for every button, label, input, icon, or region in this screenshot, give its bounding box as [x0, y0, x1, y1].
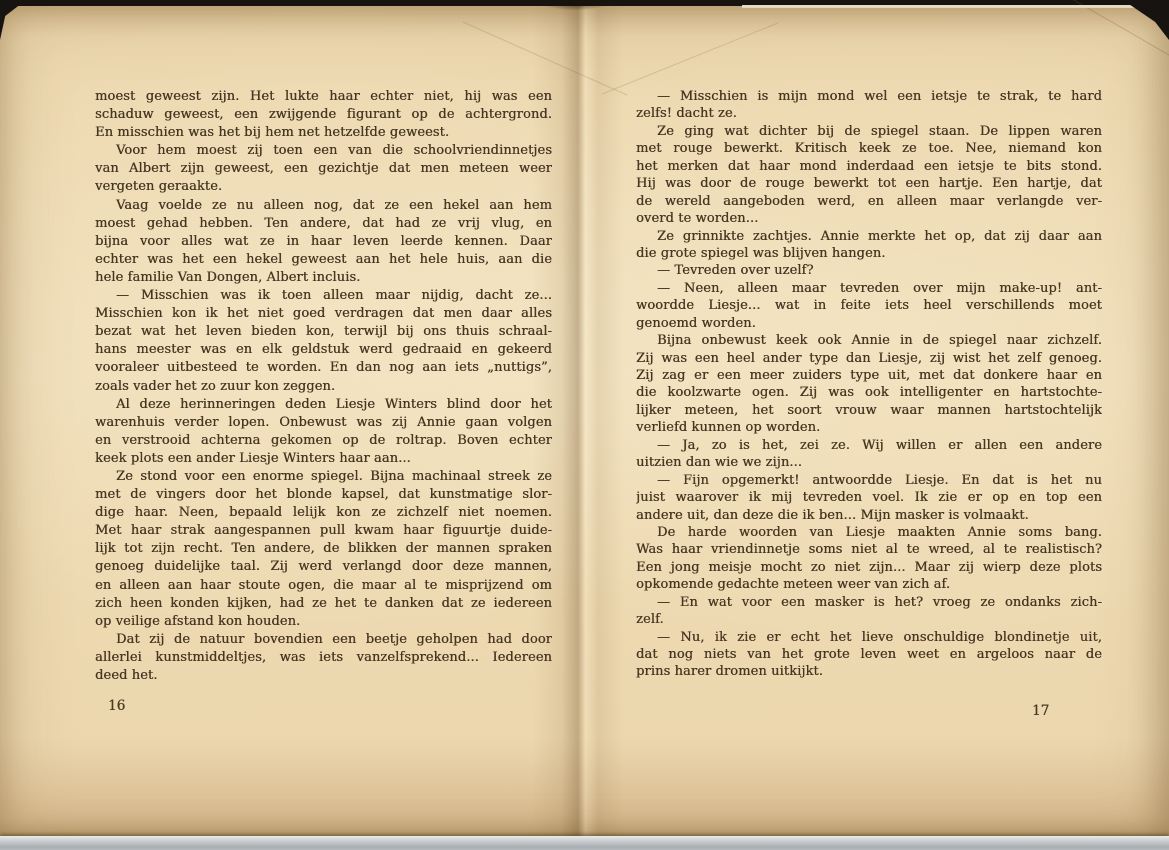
- text-line: met de vingers door het blonde kapsel, d…: [95, 486, 552, 504]
- right-page-number: 17: [1032, 703, 1049, 719]
- left-page-text: moest geweest zijn. Het lukte haar echte…: [95, 88, 552, 685]
- text-line: genoemd worden.: [636, 315, 1102, 332]
- scanner-bottom-strip: [0, 836, 1169, 850]
- text-line: Dat zij de natuur bovendien een beetje g…: [95, 631, 552, 649]
- page-top-edge-highlight: [742, 5, 1163, 8]
- right-page: — Misschien is mijn mond wel een ietsje …: [584, 6, 1169, 836]
- text-line: Met haar strak aangespannen pull kwam ha…: [95, 522, 552, 540]
- text-line: echter was het een hekel geweest aan het…: [95, 251, 552, 269]
- spine-top-shadow: [540, 0, 610, 10]
- text-line: — Misschien was ik toen alleen maar nijd…: [95, 287, 552, 305]
- text-line: bijna voor alles wat ze in haar leven le…: [95, 233, 552, 251]
- text-line: warenhuis verder lopen. Onbewust was zij…: [95, 414, 552, 432]
- text-line: — Nu, ik zie er echt het lieve onschuldi…: [636, 629, 1102, 646]
- text-line: Zij zag er een meer zuiders type uit, me…: [636, 367, 1102, 384]
- text-line: hans meester was en elk geldstuk werd ge…: [95, 341, 552, 359]
- text-line: de wereld aangeboden werd, en alleen maa…: [636, 193, 1102, 210]
- text-line: Zij was een heel ander type dan Liesje, …: [636, 350, 1102, 367]
- left-page-number: 16: [108, 698, 125, 714]
- text-line: Ze ging wat dichter bij de spiegel staan…: [636, 123, 1102, 140]
- text-line: — Fijn opgemerkt! antwoordde Liesje. En …: [636, 472, 1102, 489]
- text-line: het merken dat haar mond inderdaad een i…: [636, 158, 1102, 175]
- text-line: zoals vader het zo zuur kon zeggen.: [95, 378, 552, 396]
- text-line: — Tevreden over uzelf?: [636, 262, 1102, 279]
- text-line: Ze grinnikte zachtjes. Annie merkte het …: [636, 228, 1102, 245]
- text-line: schaduw geweest, een zwijgende figurant …: [95, 106, 552, 124]
- text-line: De harde woorden van Liesje maakten Anni…: [636, 524, 1102, 541]
- text-line: deed het.: [95, 667, 552, 685]
- right-page-text: — Misschien is mijn mond wel een ietsje …: [636, 88, 1102, 681]
- text-line: moest gehad hebben. Ten andere, dat had …: [95, 215, 552, 233]
- text-line: Een jong meisje mocht zo niet zijn... Ma…: [636, 559, 1102, 576]
- text-line: Ze stond voor een enorme spiegel. Bijna …: [95, 468, 552, 486]
- text-line: Al deze herinneringen deden Liesje Winte…: [95, 396, 552, 414]
- text-line: die koolzwarte ogen. Zij was ook intelli…: [636, 384, 1102, 401]
- text-line: op veilige afstand kon houden.: [95, 613, 552, 631]
- text-line: genoeg duidelijke taal. Zij werd verlang…: [95, 558, 552, 576]
- text-line: Voor hem moest zij toen een van die scho…: [95, 142, 552, 160]
- text-line: juist waarover ik mij tevreden voel. Ik …: [636, 489, 1102, 506]
- text-line: andere uit, dan deze die ik ben... Mijn …: [636, 507, 1102, 524]
- text-line: lijk tot zijn recht. Ten andere, de blik…: [95, 540, 552, 558]
- text-line: Hij was door de rouge bewerkt tot een ha…: [636, 175, 1102, 192]
- text-line: uitzien dan wie we zijn...: [636, 454, 1102, 471]
- text-line: vergeten geraakte.: [95, 178, 552, 196]
- text-line: — En wat voor een masker is het? vroeg z…: [636, 594, 1102, 611]
- text-line: en alleen aan haar stoute ogen, die maar…: [95, 577, 552, 595]
- text-line: En misschien was het bij hem net hetzelf…: [95, 124, 552, 142]
- left-page: moest geweest zijn. Het lukte haar echte…: [0, 6, 584, 836]
- text-line: Misschien kon ik het niet goed verdragen…: [95, 305, 552, 323]
- text-line: vooraleer uitbesteed te worden. En dan n…: [95, 359, 552, 377]
- text-line: keek plots een ander Liesje Winters haar…: [95, 450, 552, 468]
- text-line: hele familie Van Dongen, Albert incluis.: [95, 269, 552, 287]
- open-book-pages: moest geweest zijn. Het lukte haar echte…: [0, 6, 1169, 836]
- text-line: dige haar. Neen, bepaald lelijk kon ze z…: [95, 504, 552, 522]
- text-line: zelfs! dacht ze.: [636, 105, 1102, 122]
- text-line: overd te worden...: [636, 210, 1102, 227]
- text-line: opkomende gedachte meteen weer van zich …: [636, 576, 1102, 593]
- text-line: zelf.: [636, 611, 1102, 628]
- text-line: en verstrooid achterna gekomen op de rol…: [95, 432, 552, 450]
- text-line: prins harer dromen uitkijkt.: [636, 663, 1102, 680]
- text-line: — Misschien is mijn mond wel een ietsje …: [636, 88, 1102, 105]
- text-line: die grote spiegel was blijven hangen.: [636, 245, 1102, 262]
- book-scan: moest geweest zijn. Het lukte haar echte…: [0, 0, 1169, 850]
- text-line: moest geweest zijn. Het lukte haar echte…: [95, 88, 552, 106]
- text-line: Vaag voelde ze nu alleen nog, dat ze een…: [95, 197, 552, 215]
- text-line: — Neen, alleen maar tevreden over mijn m…: [636, 280, 1102, 297]
- text-line: dat nog niets van het grote leven weet e…: [636, 646, 1102, 663]
- text-line: woordde Liesje... wat in feite iets heel…: [636, 297, 1102, 314]
- text-line: met rouge bewerkt. Kritisch keek ze toe.…: [636, 140, 1102, 157]
- text-line: Was haar vriendinnetje soms niet al te w…: [636, 541, 1102, 558]
- text-line: Bijna onbewust keek ook Annie in de spie…: [636, 332, 1102, 349]
- text-line: verliefd kunnen op worden.: [636, 419, 1102, 436]
- text-line: lijker meteen, het soort vrouw waar mann…: [636, 402, 1102, 419]
- text-line: zich heen konden kijken, had ze het te d…: [95, 595, 552, 613]
- text-line: bezat wat het leven bieden kon, terwijl …: [95, 323, 552, 341]
- text-line: van Albert zijn geweest, een gezichtje d…: [95, 160, 552, 178]
- text-line: — Ja, zo is het, zei ze. Wij willen er a…: [636, 437, 1102, 454]
- text-line: allerlei kunstmiddeltjes, was iets vanze…: [95, 649, 552, 667]
